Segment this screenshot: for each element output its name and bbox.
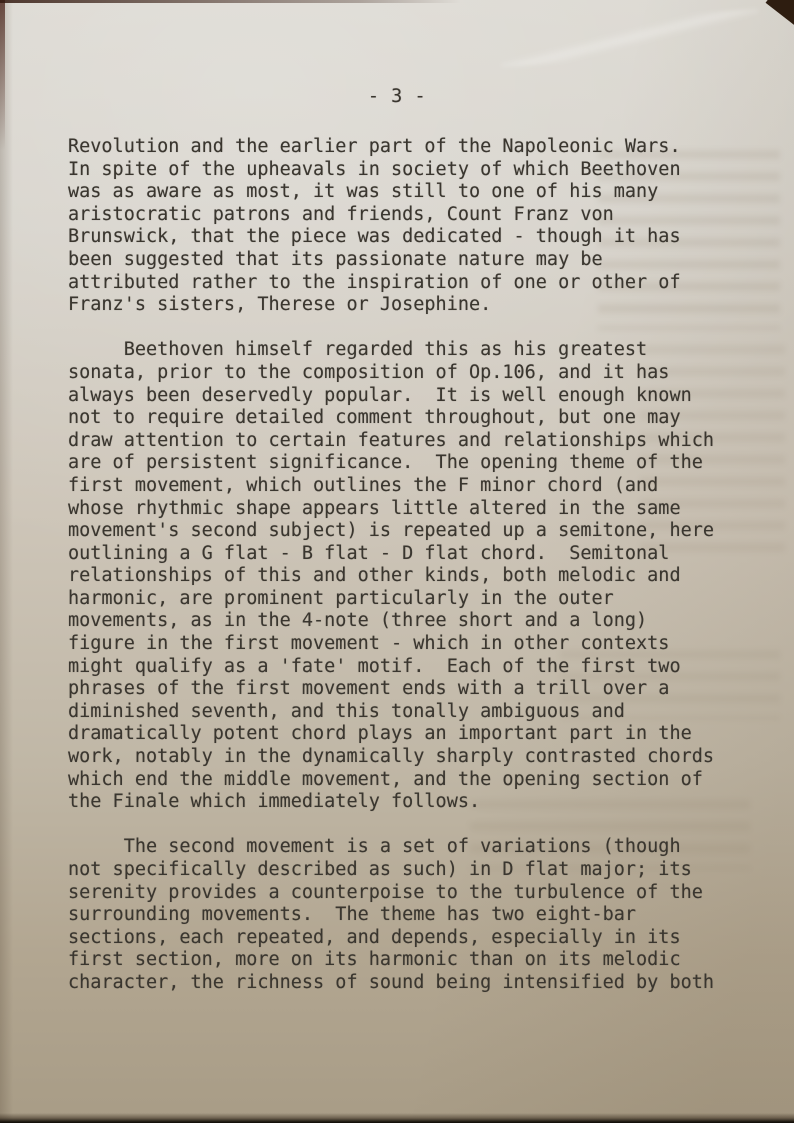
text-line: always been deservedly popular. It is we… <box>68 385 744 408</box>
text-line: outlining a G flat - B flat - D flat cho… <box>68 543 744 566</box>
text-line: surrounding movements. The theme has two… <box>68 904 744 927</box>
text-line: The second movement is a set of variatio… <box>68 836 744 859</box>
text-line: not to require detailed comment througho… <box>68 407 744 430</box>
text-line: aristocratic patrons and friends, Count … <box>68 204 744 227</box>
text-line: harmonic, are prominent particularly in … <box>68 588 744 611</box>
scan-corner-top-right <box>766 0 794 26</box>
text-line: whose rhythmic shape appears little alte… <box>68 498 744 521</box>
text-line: diminished seventh, and this tonally amb… <box>68 701 744 724</box>
paragraph: Revolution and the earlier part of the N… <box>68 136 744 317</box>
text-line: been suggested that its passionate natur… <box>68 249 744 272</box>
scan-bottom-edge <box>0 1113 794 1123</box>
text-line: Brunswick, that the piece was dedicated … <box>68 226 744 249</box>
text-line: work, notably in the dynamically sharply… <box>68 746 744 769</box>
text-line: Revolution and the earlier part of the N… <box>68 136 744 159</box>
text-line: relationships of this and other kinds, b… <box>68 565 744 588</box>
scan-top-edge <box>0 0 461 3</box>
text-line: sections, each repeated, and depends, es… <box>68 927 744 950</box>
text-line: sonata, prior to the composition of Op.1… <box>68 362 744 385</box>
text-line: might qualify as a 'fate' motif. Each of… <box>68 656 744 679</box>
text-line: are of persistent significance. The open… <box>68 452 744 475</box>
text-line: which end the middle movement, and the o… <box>68 769 744 792</box>
text-line: movements, as in the 4-note (three short… <box>68 610 744 633</box>
text-line: the Finale which immediately follows. <box>68 791 744 814</box>
scanned-page: - 3 - Revolution and the earlier part of… <box>0 0 794 1123</box>
scan-left-shadow <box>0 0 13 1123</box>
text-line: draw attention to certain features and r… <box>68 430 744 453</box>
text-line: serenity provides a counterpoise to the … <box>68 882 744 905</box>
text-line: Beethoven himself regarded this as his g… <box>68 339 744 362</box>
document-body: Revolution and the earlier part of the N… <box>68 136 744 995</box>
page-number: - 3 - <box>0 86 794 107</box>
text-line: movement's second subject) is repeated u… <box>68 520 744 543</box>
paragraph: Beethoven himself regarded this as his g… <box>68 339 744 813</box>
paragraph: The second movement is a set of variatio… <box>68 836 744 994</box>
text-line: figure in the first movement - which in … <box>68 633 744 656</box>
text-line: attributed rather to the inspiration of … <box>68 272 744 295</box>
text-line: first movement, which outlines the F min… <box>68 475 744 498</box>
paper-crease <box>499 9 761 67</box>
text-line: In spite of the upheavals in society of … <box>68 159 744 182</box>
text-line: character, the richness of sound being i… <box>68 972 744 995</box>
text-line: was as aware as most, it was still to on… <box>68 181 744 204</box>
text-line: dramatically potent chord plays an impor… <box>68 723 744 746</box>
text-line: Franz's sisters, Therese or Josephine. <box>68 294 744 317</box>
text-line: not specifically described as such) in D… <box>68 859 744 882</box>
text-line: first section, more on its harmonic than… <box>68 949 744 972</box>
text-line: phrases of the first movement ends with … <box>68 678 744 701</box>
scan-left-edge <box>0 0 5 150</box>
